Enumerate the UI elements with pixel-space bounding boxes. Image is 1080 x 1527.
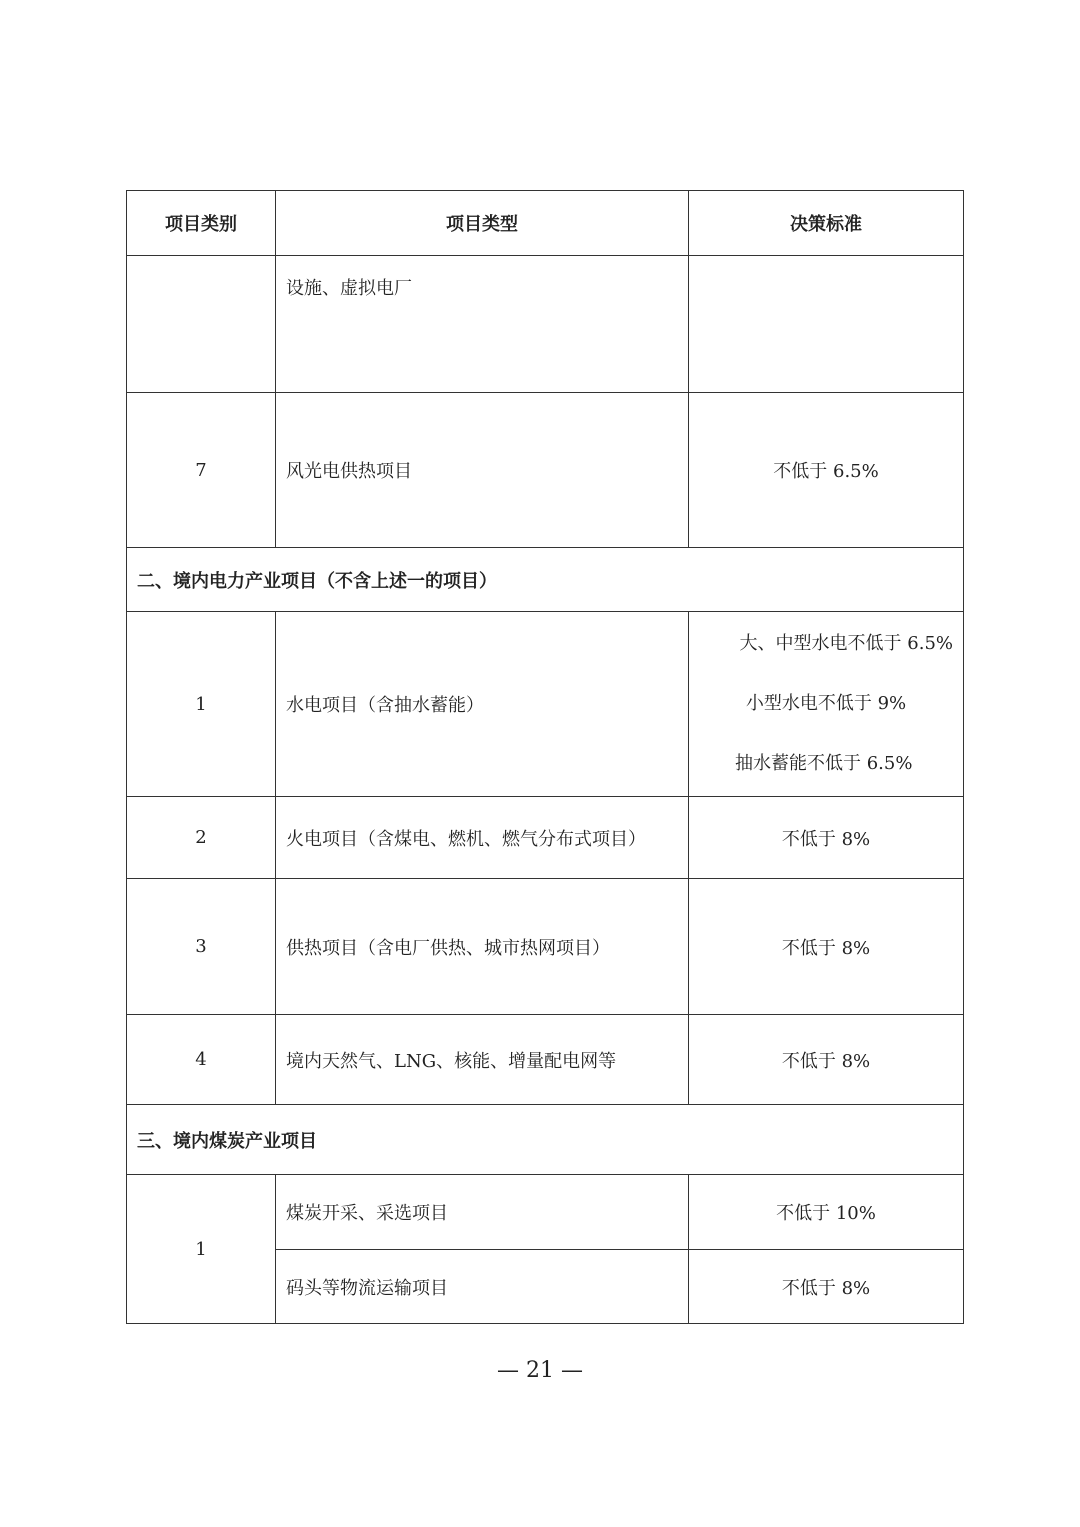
cell-type: 境内天然气、LNG、核能、增量配电网等 xyxy=(276,1015,689,1105)
table-row: 1 水电项目（含抽水蓄能） 大、中型水电不低于 6.5% 小型水电不低于 9% … xyxy=(127,612,964,797)
table-row: 2 火电项目（含煤电、燃机、燃气分布式项目） 不低于 8% xyxy=(127,797,964,879)
cell-type: 供热项目（含电厂供热、城市热网项目） xyxy=(276,879,689,1015)
section-row: 二、境内电力产业项目（不含上述一的项目） xyxy=(127,548,964,612)
cell-category xyxy=(127,256,276,393)
standard-line: 抽水蓄能不低于 6.5% xyxy=(689,734,963,794)
cell-type: 码头等物流运输项目 xyxy=(276,1250,689,1324)
cell-category: 7 xyxy=(127,393,276,548)
cell-category: 4 xyxy=(127,1015,276,1105)
header-category: 项目类别 xyxy=(127,191,276,256)
table-row: 4 境内天然气、LNG、核能、增量配电网等 不低于 8% xyxy=(127,1015,964,1105)
cell-standard xyxy=(689,256,964,393)
table-header-row: 项目类别 项目类型 决策标准 xyxy=(127,191,964,256)
header-type: 项目类型 xyxy=(276,191,689,256)
cell-type: 火电项目（含煤电、燃机、燃气分布式项目） xyxy=(276,797,689,879)
cell-standard: 不低于 8% xyxy=(689,1250,964,1324)
standard-line: 小型水电不低于 9% xyxy=(689,674,963,734)
table-row: 3 供热项目（含电厂供热、城市热网项目） 不低于 8% xyxy=(127,879,964,1015)
section-title: 三、境内煤炭产业项目 xyxy=(127,1105,964,1175)
cell-type: 风光电供热项目 xyxy=(276,393,689,548)
cell-type: 设施、虚拟电厂 xyxy=(276,256,689,393)
page-number: — 21 — xyxy=(0,1358,1080,1383)
header-standard: 决策标准 xyxy=(689,191,964,256)
cell-standard: 大、中型水电不低于 6.5% 小型水电不低于 9% 抽水蓄能不低于 6.5% xyxy=(689,612,964,797)
standard-line: 大、中型水电不低于 6.5% xyxy=(689,614,963,674)
section-row: 三、境内煤炭产业项目 xyxy=(127,1105,964,1175)
decision-standards-table: 项目类别 项目类型 决策标准 设施、虚拟电厂 7 风光电供热项目 不低于 6.5… xyxy=(126,190,964,1324)
cell-standard: 不低于 8% xyxy=(689,1015,964,1105)
cell-category: 2 xyxy=(127,797,276,879)
section-title: 二、境内电力产业项目（不含上述一的项目） xyxy=(127,548,964,612)
cell-type: 水电项目（含抽水蓄能） xyxy=(276,612,689,797)
cell-standard: 不低于 10% xyxy=(689,1175,964,1250)
cell-type: 煤炭开采、采选项目 xyxy=(276,1175,689,1250)
cell-standard: 不低于 8% xyxy=(689,797,964,879)
table-row: 1 煤炭开采、采选项目 不低于 10% xyxy=(127,1175,964,1250)
cell-standard: 不低于 6.5% xyxy=(689,393,964,548)
table-row: 7 风光电供热项目 不低于 6.5% xyxy=(127,393,964,548)
cell-category: 1 xyxy=(127,612,276,797)
cell-category: 3 xyxy=(127,879,276,1015)
cell-standard: 不低于 8% xyxy=(689,879,964,1015)
cell-category: 1 xyxy=(127,1175,276,1324)
table-row: 设施、虚拟电厂 xyxy=(127,256,964,393)
